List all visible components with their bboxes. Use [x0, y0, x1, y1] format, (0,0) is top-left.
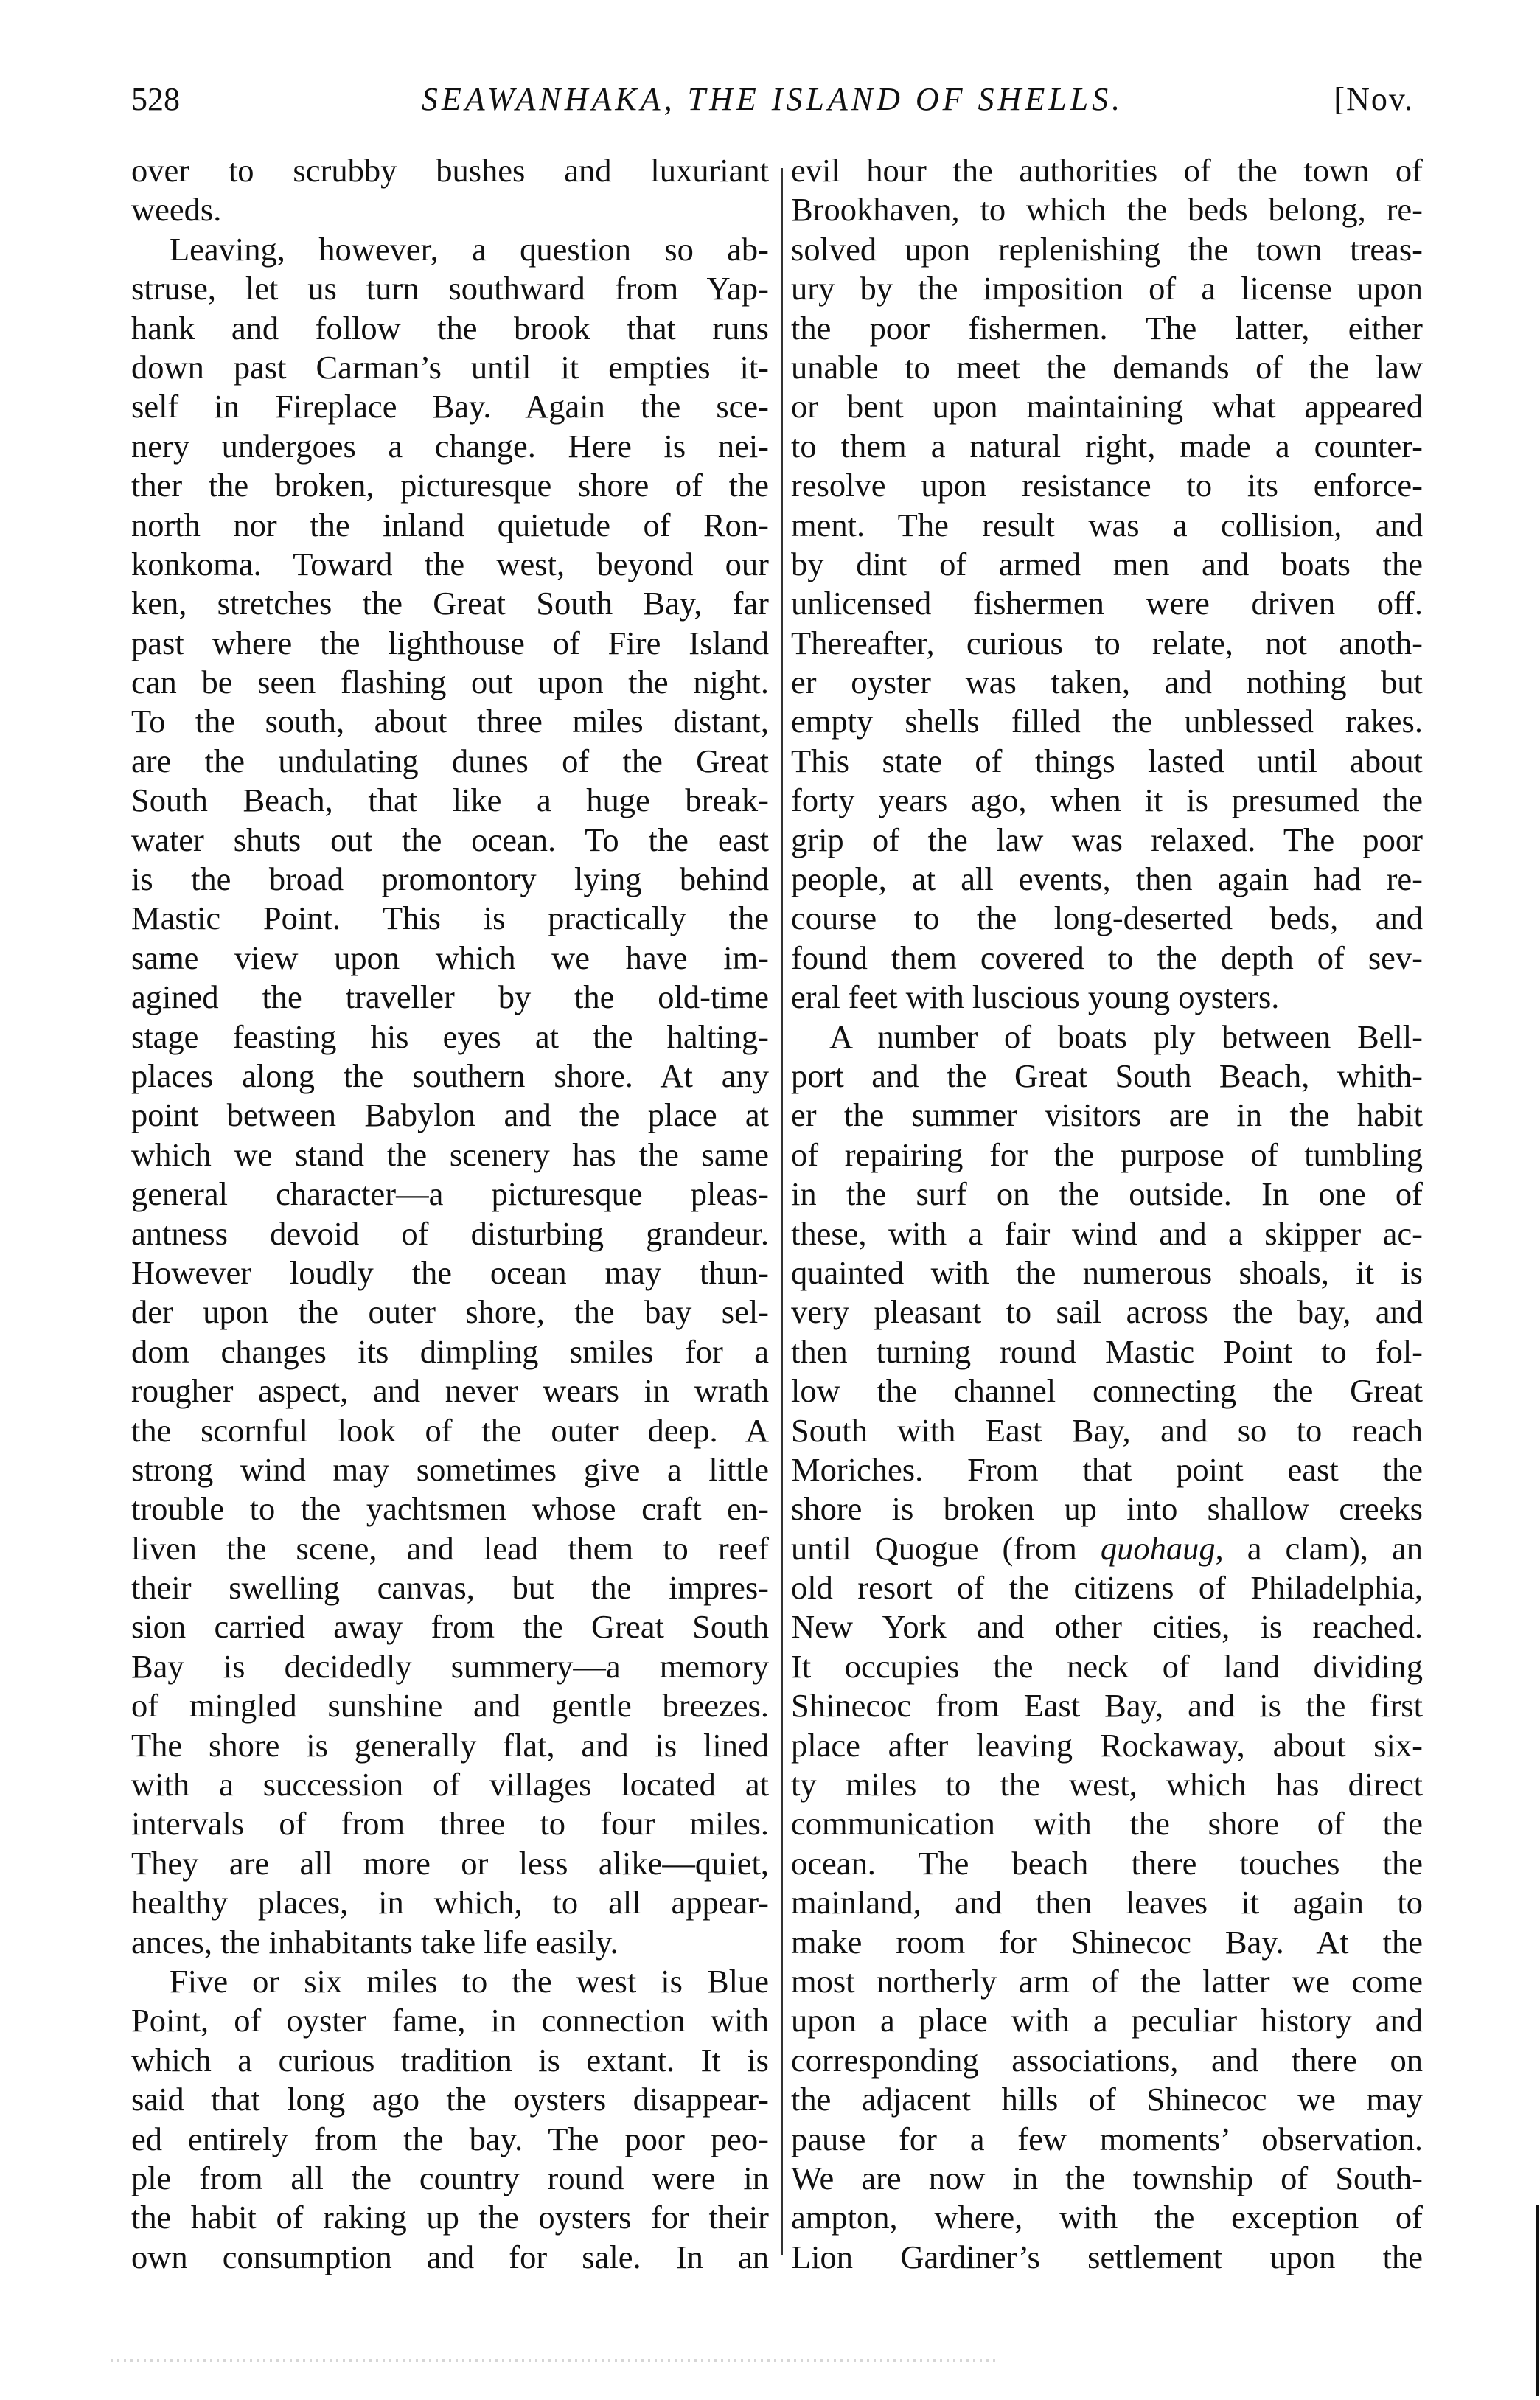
- text-line: We are now in the township of South-: [791, 2159, 1423, 2198]
- text-line: ment. The result was a collision, and: [791, 506, 1423, 545]
- text-line: grip of the law was relaxed. The poor: [791, 821, 1423, 860]
- text-line: by dint of armed men and boats the: [791, 545, 1423, 584]
- text-line: their swelling canvas, but the impres-: [131, 1568, 769, 1607]
- text-line: Shinecoc from East Bay, and is the first: [791, 1686, 1423, 1725]
- text-line: The shore is generally flat, and is line…: [131, 1726, 769, 1765]
- text-line-with-italic: until Quogue (from quohaug, a clam), an: [791, 1529, 1423, 1568]
- text-line: stage feasting his eyes at the halting-: [131, 1018, 769, 1057]
- text-line: This state of things lasted until about: [791, 742, 1423, 781]
- text-segment: , a clam), an: [1216, 1530, 1423, 1567]
- text-line: forty years ago, when it is presumed the: [791, 781, 1423, 820]
- right-column: evil hour the authorities of the town of…: [791, 151, 1423, 2277]
- text-line: ampton, where, with the exception of: [791, 2198, 1423, 2237]
- text-line: port and the Great South Beach, whith-: [791, 1057, 1423, 1096]
- italic-term: quohaug: [1101, 1530, 1216, 1567]
- text-line: water shuts out the ocean. To the east: [131, 821, 769, 860]
- text-line: eral feet with luscious young oysters.: [791, 978, 1423, 1017]
- text-line: ury by the imposition of a license upon: [791, 269, 1423, 308]
- text-line: people, at all events, then again had re…: [791, 860, 1423, 899]
- text-line: is the broad promontory lying behind: [131, 860, 769, 899]
- text-line: point between Babylon and the place at: [131, 1096, 769, 1135]
- text-line: They are all more or less alike—quiet,: [131, 1844, 769, 1883]
- text-line: ances, the inhabitants take life easily.: [131, 1923, 769, 1962]
- scan-noise: [111, 2359, 995, 2362]
- text-line: quainted with the numerous shoals, it is: [791, 1253, 1423, 1293]
- text-line: same view upon which we have im-: [131, 939, 769, 978]
- text-line: then turning round Mastic Point to fol-: [791, 1332, 1423, 1371]
- text-line: over to scrubby bushes and luxuriant: [131, 151, 769, 190]
- text-line: pause for a few moments’ observation.: [791, 2120, 1423, 2159]
- text-line: the scornful look of the outer deep. A: [131, 1411, 769, 1450]
- text-line: north nor the inland quietude of Ron-: [131, 506, 769, 545]
- text-line: intervals of from three to four miles.: [131, 1804, 769, 1843]
- text-line: own consumption and for sale. In an: [131, 2238, 769, 2277]
- text-line: South Beach, that like a huge break-: [131, 781, 769, 820]
- text-line: However loudly the ocean may thun-: [131, 1253, 769, 1293]
- text-line: or bent upon maintaining what appeared: [791, 387, 1423, 426]
- paragraph-start: Leaving, however, a question so ab-: [131, 230, 769, 269]
- text-line: ther the broken, picturesque shore of th…: [131, 466, 769, 505]
- text-line: antness devoid of disturbing grandeur.: [131, 1214, 769, 1253]
- text-line: ken, stretches the Great South Bay, far: [131, 584, 769, 623]
- text-line: sion carried away from the Great South: [131, 1607, 769, 1646]
- text-line: solved upon replenishing the town treas-: [791, 230, 1423, 269]
- paragraph-start: A number of boats ply between Bell-: [791, 1018, 1423, 1057]
- text-line: these, with a fair wind and a skipper ac…: [791, 1214, 1423, 1253]
- text-line: To the south, about three miles distant,: [131, 702, 769, 741]
- running-title: SEAWANHAKA, THE ISLAND OF SHELLS.: [131, 74, 1414, 125]
- text-line: nery undergoes a change. Here is nei-: [131, 427, 769, 466]
- text-line: communication with the shore of the: [791, 1804, 1423, 1843]
- text-line: ty miles to the west, which has direct: [791, 1765, 1423, 1804]
- text-line: Mastic Point. This is practically the: [131, 899, 769, 938]
- text-line: hank and follow the brook that runs: [131, 309, 769, 348]
- text-line: Moriches. From that point east the: [791, 1450, 1423, 1489]
- text-line: of repairing for the purpose of tumbling: [791, 1135, 1423, 1175]
- text-line: New York and other cities, is reached.: [791, 1607, 1423, 1646]
- left-column: over to scrubby bushes and luxuriant wee…: [131, 151, 769, 2277]
- text-line: past where the lighthouse of Fire Island: [131, 624, 769, 663]
- text-line: unlicensed fishermen were driven off.: [791, 584, 1423, 623]
- text-line: dom changes its dimpling smiles for a: [131, 1332, 769, 1371]
- text-line: struse, let us turn southward from Yap-: [131, 269, 769, 308]
- page-header: 528 SEAWANHAKA, THE ISLAND OF SHELLS. [N…: [131, 74, 1414, 125]
- text-line: self in Fireplace Bay. Again the sce-: [131, 387, 769, 426]
- text-line: empty shells filled the unblessed rakes.: [791, 702, 1423, 741]
- text-line: Thereafter, curious to relate, not anoth…: [791, 624, 1423, 663]
- text-line: er oyster was taken, and nothing but: [791, 663, 1423, 702]
- text-line: in the surf on the outside. In one of: [791, 1175, 1423, 1214]
- text-line: can be seen flashing out upon the night.: [131, 663, 769, 702]
- text-line: der upon the outer shore, the bay sel-: [131, 1293, 769, 1332]
- text-line: low the channel connecting the Great: [791, 1371, 1423, 1411]
- text-line: Bay is decidedly summery—a memory: [131, 1647, 769, 1686]
- text-line: the adjacent hills of Shinecoc we may: [791, 2080, 1423, 2119]
- text-line: ed entirely from the bay. The poor peo-: [131, 2120, 769, 2159]
- text-line: upon a place with a peculiar history and: [791, 2001, 1423, 2040]
- text-line: healthy places, in which, to all appear-: [131, 1883, 769, 1922]
- text-line: Point, of oyster fame, in connection wit…: [131, 2001, 769, 2040]
- text-line: are the undulating dunes of the Great: [131, 742, 769, 781]
- text-line: general character—a picturesque pleas-: [131, 1175, 769, 1214]
- text-line: ple from all the country round were in: [131, 2159, 769, 2198]
- text-line: found them covered to the depth of sev-: [791, 939, 1423, 978]
- paragraph-start: Five or six miles to the west is Blue: [131, 1962, 769, 2001]
- text-line: very pleasant to sail across the bay, an…: [791, 1293, 1423, 1332]
- text-line: It occupies the neck of land dividing: [791, 1647, 1423, 1686]
- text-line: Lion Gardiner’s settlement upon the: [791, 2238, 1423, 2277]
- text-line: shore is broken up into shallow creeks: [791, 1489, 1423, 1528]
- text-line: resolve upon resistance to its enforce-: [791, 466, 1423, 505]
- text-line: South with East Bay, and so to reach: [791, 1411, 1423, 1450]
- text-line: unable to meet the demands of the law: [791, 348, 1423, 387]
- text-line: ocean. The beach there touches the: [791, 1844, 1423, 1883]
- text-line: mainland, and then leaves it again to: [791, 1883, 1423, 1922]
- text-line: strong wind may sometimes give a little: [131, 1450, 769, 1489]
- text-line: rougher aspect, and never wears in wrath: [131, 1371, 769, 1411]
- page-edge-mark: [1536, 2205, 1539, 2396]
- text-line: evil hour the authorities of the town of: [791, 151, 1423, 190]
- text-line: which a curious tradition is extant. It …: [131, 2041, 769, 2080]
- text-line: er the summer visitors are in the habit: [791, 1096, 1423, 1135]
- text-line: weeds.: [131, 190, 769, 229]
- column-divider: [781, 168, 783, 2255]
- text-line: said that long ago the oysters disappear…: [131, 2080, 769, 2119]
- text-line: with a succession of villages located at: [131, 1765, 769, 1804]
- text-line: konkoma. Toward the west, beyond our: [131, 545, 769, 584]
- text-line: to them a natural right, made a counter-: [791, 427, 1423, 466]
- text-line: Brookhaven, to which the beds belong, re…: [791, 190, 1423, 229]
- text-line: trouble to the yachtsmen whose craft en-: [131, 1489, 769, 1528]
- text-line: course to the long-deserted beds, and: [791, 899, 1423, 938]
- text-line: the habit of raking up the oysters for t…: [131, 2198, 769, 2237]
- text-line: the poor fishermen. The latter, either: [791, 309, 1423, 348]
- text-line: of mingled sunshine and gentle breezes.: [131, 1686, 769, 1725]
- text-line: old resort of the citizens of Philadelph…: [791, 1568, 1423, 1607]
- text-line: places along the southern shore. At any: [131, 1057, 769, 1096]
- text-line: down past Carman’s until it empties it-: [131, 348, 769, 387]
- text-line: liven the scene, and lead them to reef: [131, 1529, 769, 1568]
- text-line: which we stand the scenery has the same: [131, 1135, 769, 1175]
- issue-month: [Nov.: [1334, 74, 1414, 125]
- text-line: make room for Shinecoc Bay. At the: [791, 1923, 1423, 1962]
- text-line: place after leaving Rockaway, about six-: [791, 1726, 1423, 1765]
- text-line: corresponding associations, and there on: [791, 2041, 1423, 2080]
- text-line: most northerly arm of the latter we come: [791, 1962, 1423, 2001]
- text-line: agined the traveller by the old-time: [131, 978, 769, 1017]
- text-segment: until Quogue (from: [791, 1530, 1101, 1567]
